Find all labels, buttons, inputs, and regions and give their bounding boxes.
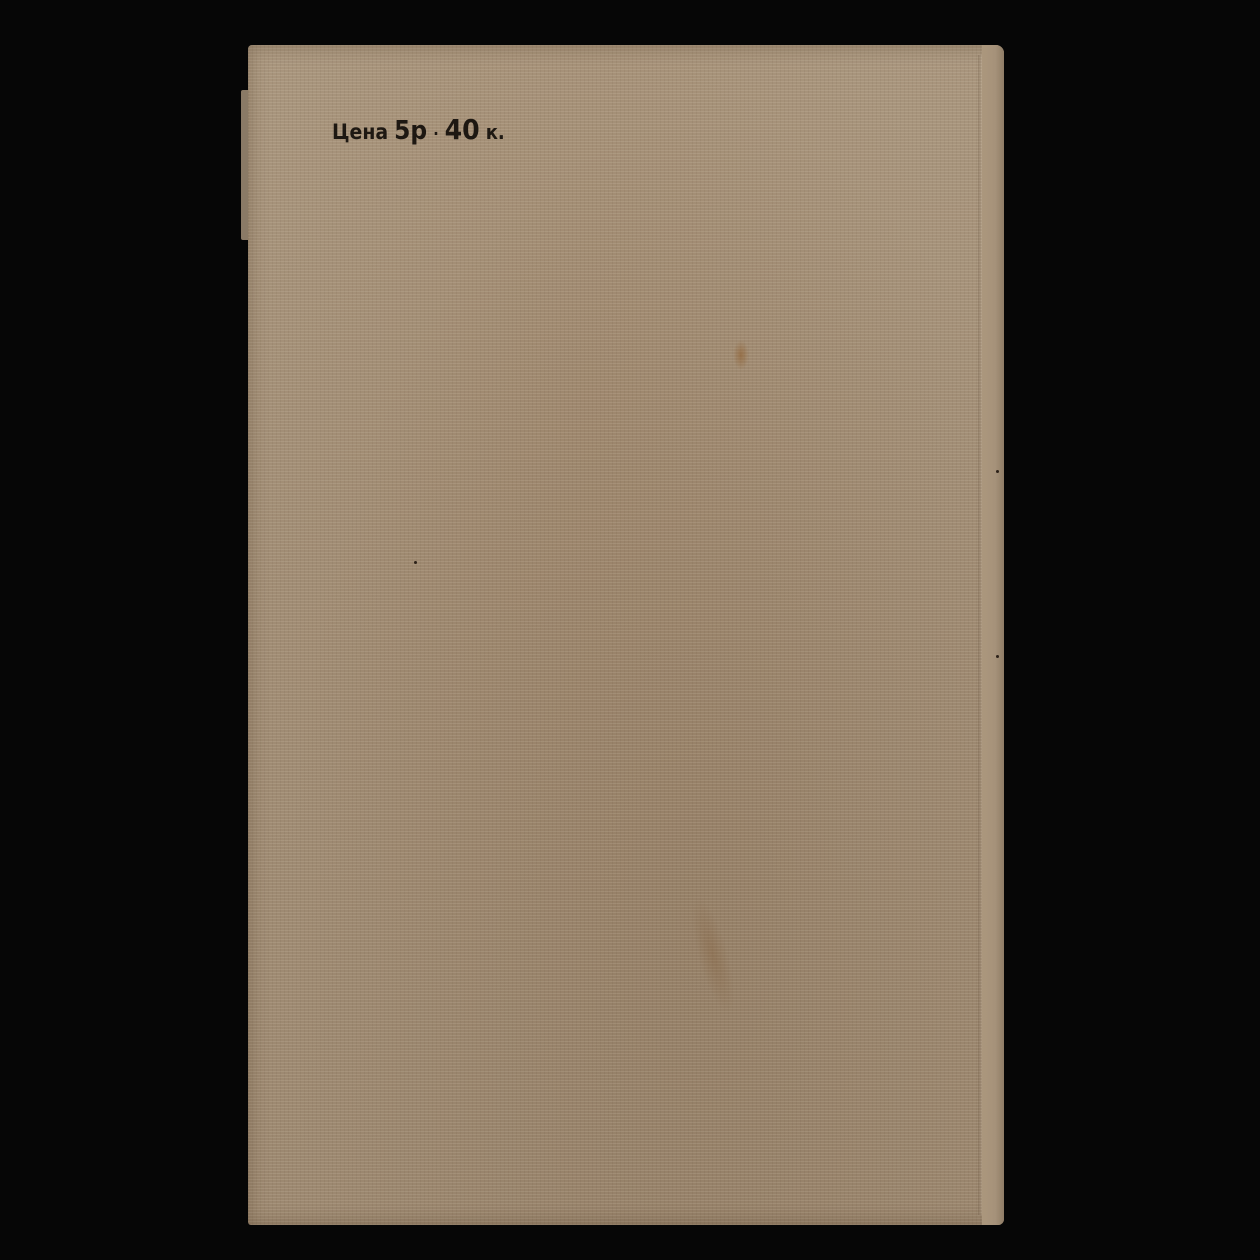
price-unit: к. bbox=[486, 120, 505, 144]
speck bbox=[414, 561, 417, 564]
stain-lower bbox=[683, 893, 743, 1017]
price-rubles: 5р bbox=[394, 116, 427, 146]
speck bbox=[996, 655, 999, 658]
book-back-cover: Цена 5р · 40 к. bbox=[248, 45, 1004, 1225]
price-kopecks: 40 bbox=[445, 113, 480, 146]
price-separator: · bbox=[433, 124, 438, 143]
speck bbox=[996, 470, 999, 473]
price-stamp: Цена 5р · 40 к. bbox=[332, 113, 505, 146]
price-label: Цена bbox=[332, 120, 388, 144]
book-spine bbox=[982, 45, 1004, 1225]
stain-upper bbox=[733, 340, 749, 370]
